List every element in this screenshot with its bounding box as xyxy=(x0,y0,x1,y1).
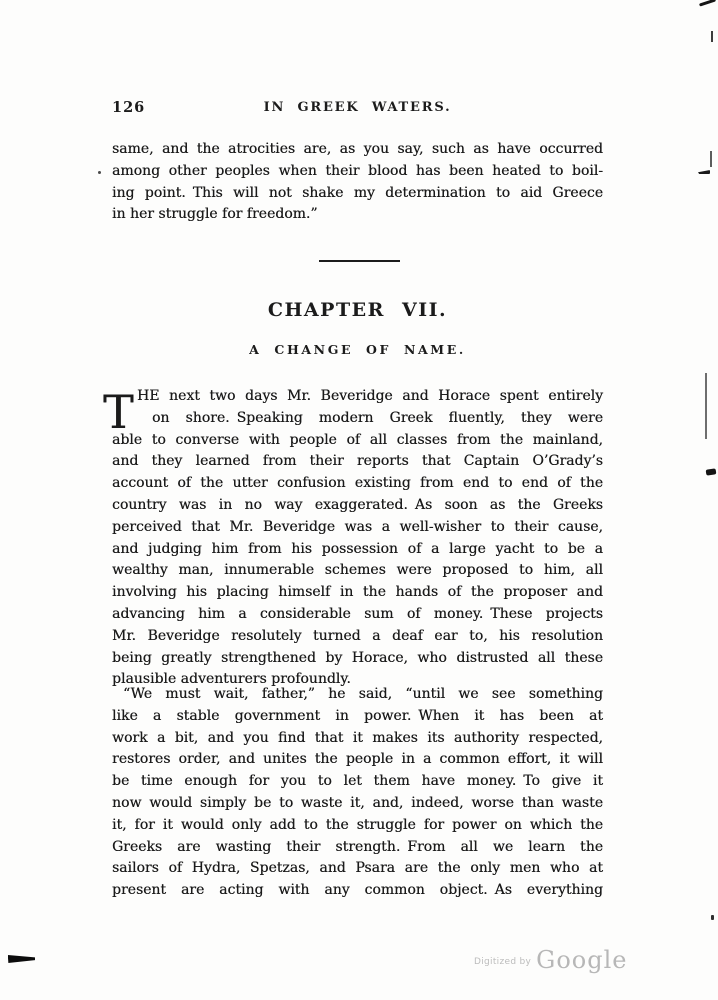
text-line: present are acting with any common objec… xyxy=(112,880,603,902)
chapter-title: CHAPTER VII. xyxy=(112,301,603,320)
digitized-by-watermark: Digitized by Google xyxy=(474,948,627,972)
text-line: among other peoples when their blood has… xyxy=(112,161,603,183)
text-line: HE next two days Mr. Beveridge and Horac… xyxy=(112,386,603,408)
text-line: on shore. Speaking modern Greek fluently… xyxy=(112,408,603,430)
text-line: “We must wait, father,” he said, “until … xyxy=(112,684,603,706)
text-line: it, for it would only add to the struggl… xyxy=(112,815,603,837)
text-line: account of the utter confusion existing … xyxy=(112,473,603,495)
scan-artifact-right-dash-middle xyxy=(706,468,717,475)
body-paragraph-first-lines: HE next two days Mr. Beveridge and Horac… xyxy=(112,386,603,691)
text-line: Greeks are wasting their strength. From … xyxy=(112,837,603,859)
text-line: ing point. This will not shake my determ… xyxy=(112,183,603,205)
text-line: country was in no way exaggerated. As so… xyxy=(112,495,603,517)
text-line: be time enough for you to let them have … xyxy=(112,771,603,793)
text-line: and judging him from his possession of a… xyxy=(112,539,603,561)
running-header-title: IN GREEK WATERS. xyxy=(112,100,603,115)
chapter-subtitle: A CHANGE OF NAME. xyxy=(112,344,603,357)
scan-artifact-top-right xyxy=(699,0,716,7)
book-page-scan: 126 IN GREEK WATERS. same, and the atroc… xyxy=(0,0,718,1000)
google-logo: Google xyxy=(536,948,627,972)
text-line: restores order, and unites the people in… xyxy=(112,749,603,771)
scan-artifact-right-line-upper xyxy=(710,151,712,167)
text-line: wealthy man, innumerable schemes were pr… xyxy=(112,560,603,582)
scan-artifact-bottom-left-smudge xyxy=(8,953,35,964)
scan-artifact-left-margin-dot xyxy=(98,171,101,174)
text-line: perceived that Mr. Beveridge was a well-… xyxy=(112,517,603,539)
scan-artifact-right-dot-lower xyxy=(711,915,714,920)
scan-artifact-right-line-middle xyxy=(705,373,707,439)
running-header: 126 IN GREEK WATERS. xyxy=(112,99,603,119)
text-line: advancing him a considerable sum of mone… xyxy=(112,604,603,626)
body-paragraph-dialogue: “We must wait, father,” he said, “until … xyxy=(112,684,603,902)
text-line: involving his placing himself in the han… xyxy=(112,582,603,604)
body-paragraph-continuation: same, and the atrocities are, as you say… xyxy=(112,139,603,226)
text-line: now would simply be to waste it, and, in… xyxy=(112,793,603,815)
text-line: same, and the atrocities are, as you say… xyxy=(112,139,603,161)
text-line: work a bit, and you find that it makes i… xyxy=(112,728,603,750)
text-line: being greatly strengthened by Horace, wh… xyxy=(112,648,603,670)
text-line: Mr. Beveridge resolutely turned a deaf e… xyxy=(112,626,603,648)
section-divider-rule xyxy=(319,260,400,262)
scan-artifact-right-dash-upper xyxy=(698,170,710,174)
text-line: in her struggle for freedom.” xyxy=(112,204,603,226)
text-line: and they learned from their reports that… xyxy=(112,451,603,473)
text-line: able to converse with people of all clas… xyxy=(112,430,603,452)
scan-artifact-right-tick xyxy=(711,31,713,42)
text-line: sailors of Hydra, Spetzas, and Psara are… xyxy=(112,858,603,880)
watermark-prefix-label: Digitized by xyxy=(474,957,531,967)
text-line: like a stable government in power. When … xyxy=(112,706,603,728)
